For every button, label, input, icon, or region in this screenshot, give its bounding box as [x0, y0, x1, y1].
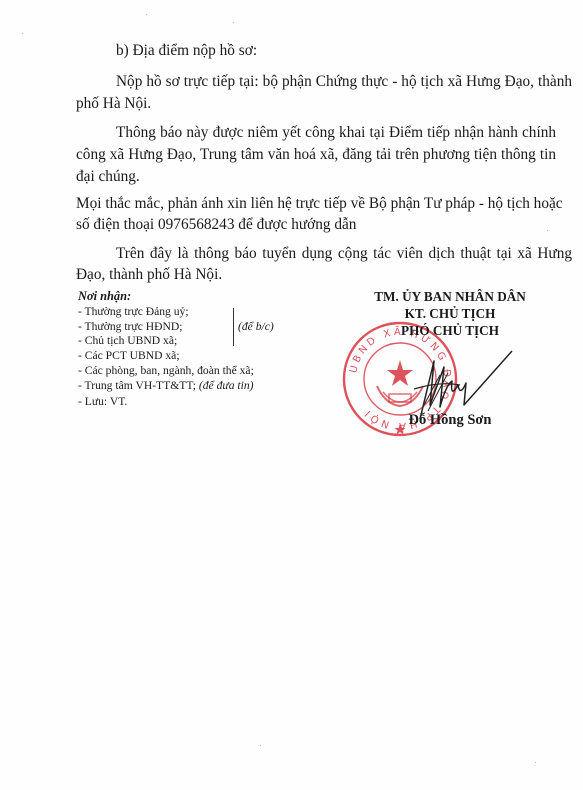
signature-role-title: PHÓ CHỦ TỊCH: [340, 322, 560, 339]
signature-role-deputy-for: KT. CHỦ TỊCH: [340, 305, 560, 322]
recipient-item: - Thường trực HĐND;: [78, 320, 182, 333]
notice-line-3: đại chúng.: [76, 168, 140, 186]
recipient-item-text: - Trung tâm VH-TT&TT;: [78, 379, 196, 392]
closing-line-2: Đạo, thành phố Hà Nội.: [76, 266, 222, 284]
closing-line-1: Trên đây là thông báo tuyển dụng cộng tá…: [116, 245, 572, 263]
contact-line-1: Mọi thắc mắc, phản ánh xin liên hệ trực …: [76, 195, 556, 213]
recipient-item: - Lưu: VT.: [78, 395, 127, 408]
section-heading: b) Địa điểm nộp hồ sơ:: [116, 42, 257, 60]
submit-location-line-2: phố Hà Nội.: [76, 95, 151, 113]
recipient-item: - Chủ tịch UBND xã;: [78, 334, 177, 347]
document-page: b) Địa điểm nộp hồ sơ: Nộp hồ sơ trực ti…: [0, 0, 583, 790]
contact-line-2: số điện thoại 0976568243 để được hướng d…: [76, 216, 356, 234]
group-bracket: [233, 308, 234, 346]
recipient-item: - Các PCT UBND xã;: [78, 349, 180, 362]
group-note: (để b/c): [238, 320, 274, 333]
signature-org: TM. ỦY BAN NHÂN DÂN: [340, 288, 560, 305]
notice-line-1: Thông báo này được niêm yết công khai tạ…: [116, 124, 556, 142]
recipient-item: - Trung tâm VH-TT&TT; (để đưa tin): [78, 379, 254, 392]
submit-location-line-1: Nộp hồ sơ trực tiếp tại: bộ phận Chứng t…: [116, 73, 572, 91]
recipients-title: Nơi nhận:: [78, 290, 131, 303]
notice-line-2: công xã Hưng Đạo, Trung tâm văn hoá xã, …: [76, 146, 556, 164]
signer-name: Đỗ Hồng Sơn: [340, 412, 560, 429]
media-note: (để đưa tin): [199, 379, 254, 392]
recipient-item: - Thường trực Đảng uỷ;: [78, 305, 189, 318]
recipient-item: - Các phòng, ban, ngành, đoàn thể xã;: [78, 364, 254, 377]
